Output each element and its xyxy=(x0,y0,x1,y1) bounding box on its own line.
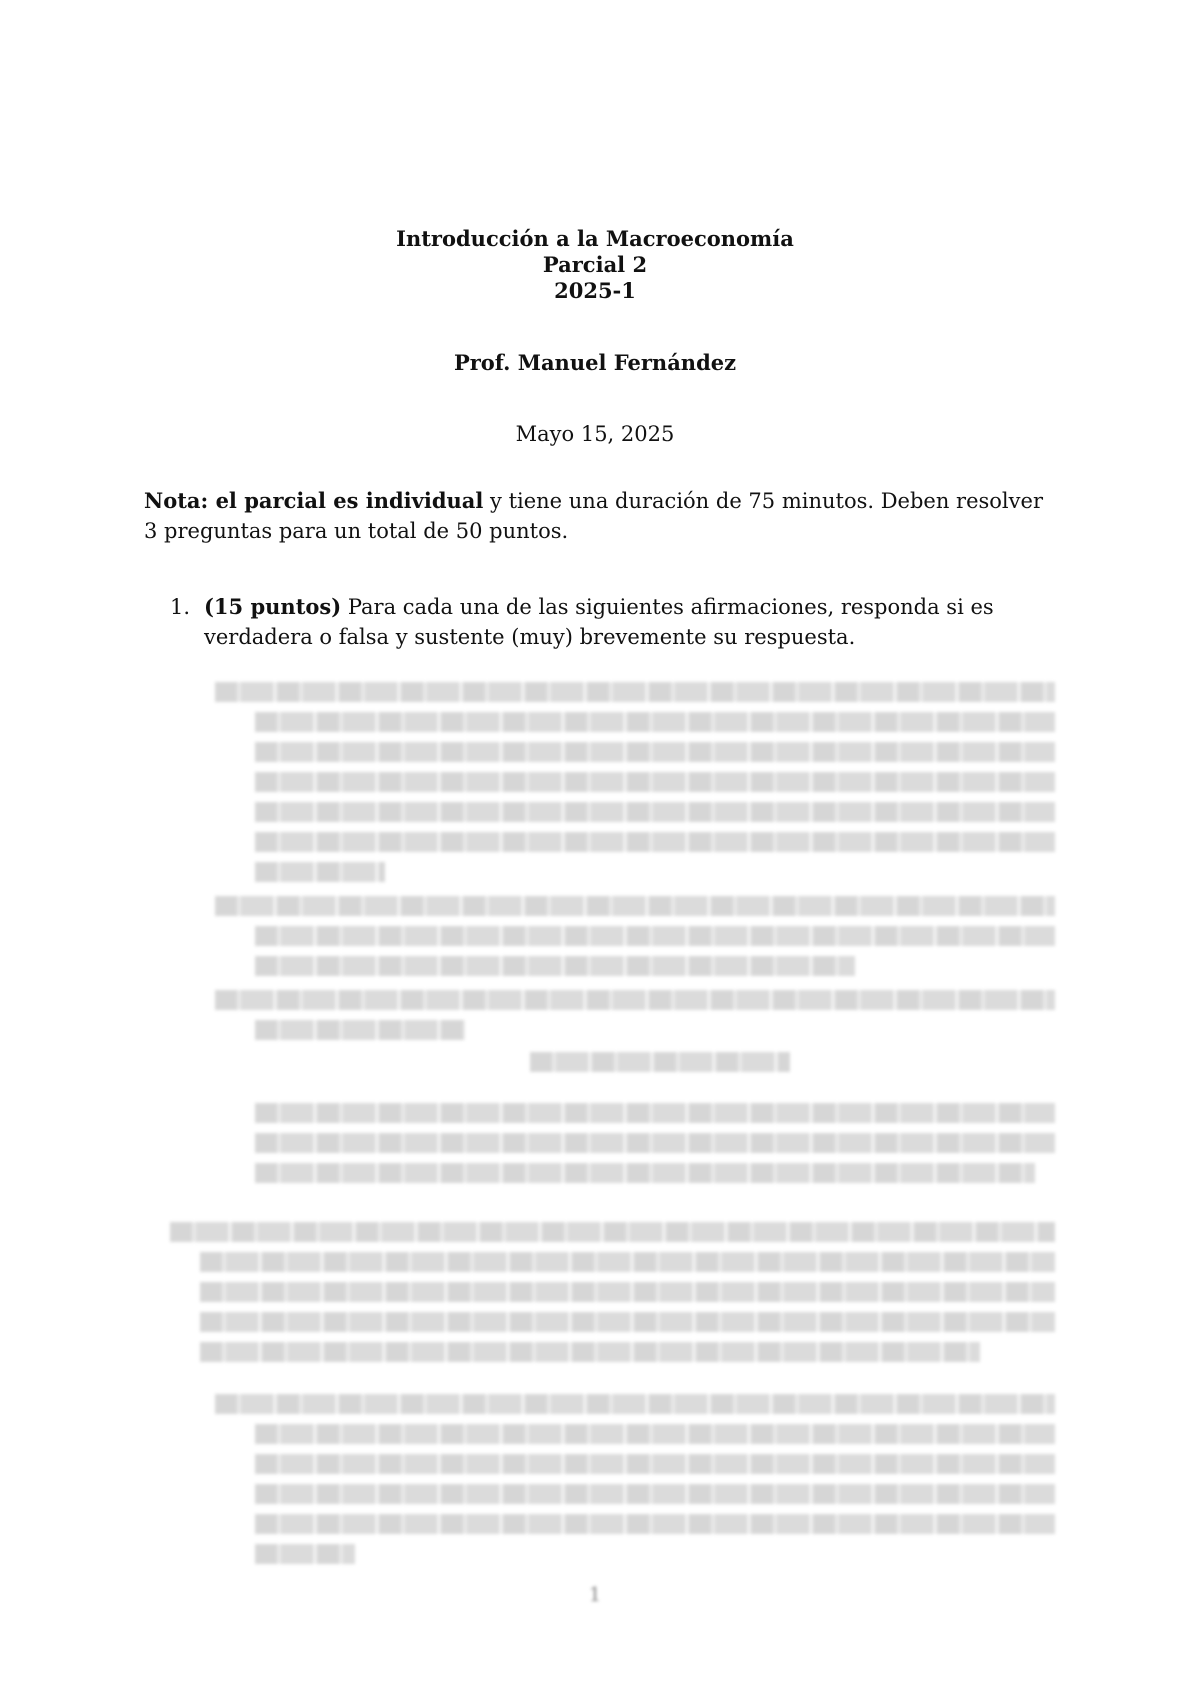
question-points: (15 puntos) xyxy=(204,594,341,619)
exam-date: Mayo 15, 2025 xyxy=(0,422,1190,446)
professor-name: Prof. Manuel Fernández xyxy=(0,350,1190,375)
note-bold: Nota: el parcial es individual xyxy=(144,488,483,513)
term: 2025-1 xyxy=(0,278,1190,304)
exam-title: Parcial 2 xyxy=(0,252,1190,278)
exam-note: Nota: el parcial es individual y tiene u… xyxy=(144,486,1056,546)
page-number: 1 xyxy=(0,1582,1190,1606)
question-number: 1. xyxy=(170,592,190,622)
exam-page: Introducción a la Macroeconomía Parcial … xyxy=(0,0,1190,1683)
question-1: 1. (15 puntos) Para cada una de las sigu… xyxy=(170,592,1056,652)
course-title: Introducción a la Macroeconomía xyxy=(0,226,1190,252)
